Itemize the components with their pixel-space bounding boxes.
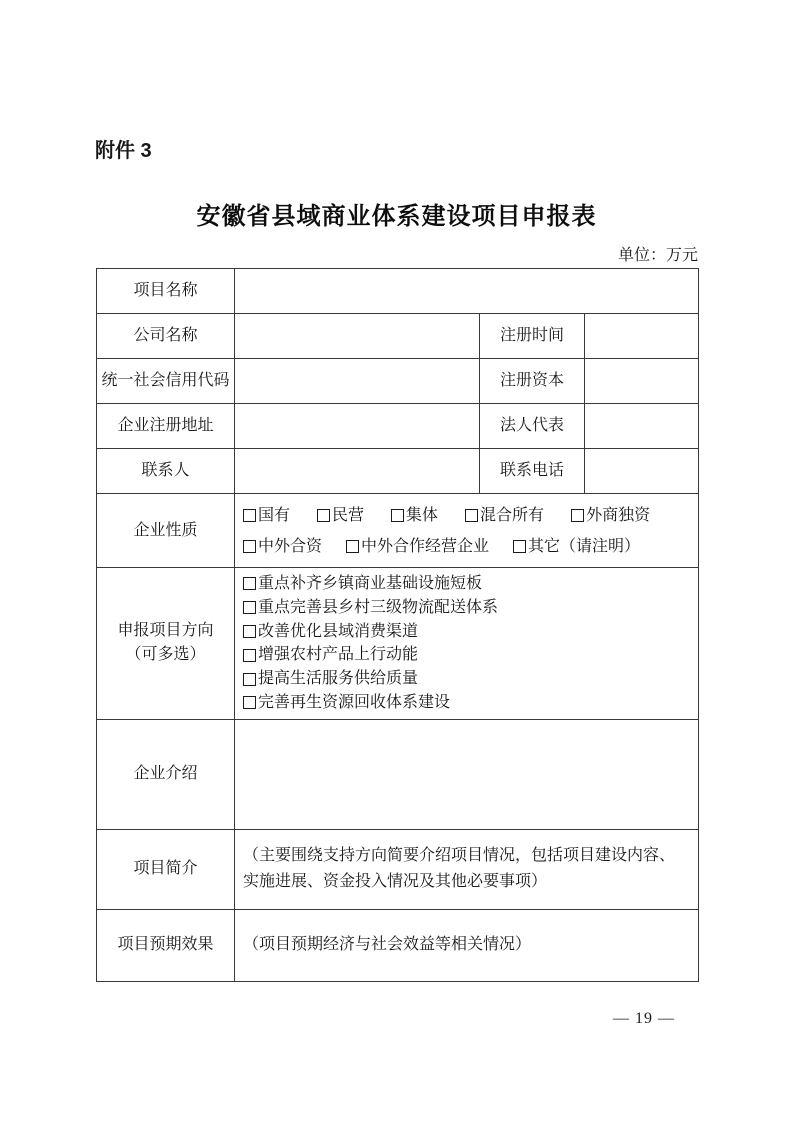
checkbox-option-label: 民营 (332, 503, 364, 528)
contact-person-value-cell (235, 449, 480, 494)
table-row-contact: 联系人 联系电话 (97, 449, 699, 494)
project-direction-label-line1: 申报项目方向 (117, 622, 213, 639)
checkbox-option: 外商独资 (571, 503, 650, 528)
checkbox-icon (391, 509, 404, 522)
project-direction-label-line2: （可多选） (99, 643, 232, 667)
checkbox-icon (243, 649, 256, 662)
checkbox-icon (513, 540, 526, 553)
project-brief-hint-cell: （主要围绕支持方向简要介绍项目情况，包括项目建设内容、实施进展、资金投入情况及其… (235, 829, 699, 909)
project-direction-label: 申报项目方向 （可多选） (97, 568, 235, 720)
page-title: 安徽省县域商业体系建设项目申报表 (0, 196, 793, 231)
enterprise-intro-value-cell (235, 719, 699, 829)
checkbox-option: 混合所有 (465, 503, 544, 528)
checkbox-option: 民营 (317, 503, 364, 528)
registered-capital-label: 注册资本 (480, 359, 585, 404)
checkbox-option: 国有 (243, 503, 290, 528)
document-page: 附件 3 安徽省县域商业体系建设项目申报表 单位：万元 项目名称 公司名称 注册… (0, 0, 793, 1122)
checkbox-option-label: 集体 (406, 503, 438, 528)
project-direction-options-cell: 重点补齐乡镇商业基础设施短板 重点完善县乡村三级物流配送体系 改善优化县域消费渠… (235, 568, 699, 720)
table-row-project-direction: 申报项目方向 （可多选） 重点补齐乡镇商业基础设施短板 重点完善县乡村三级物流配… (97, 568, 699, 720)
checkbox-option: 中外合资 (243, 534, 322, 559)
table-row-project-name: 项目名称 (97, 269, 699, 314)
checkbox-icon (243, 673, 256, 686)
project-expected-effect-hint-cell: （项目预期经济与社会效益等相关情况） (235, 909, 699, 981)
registration-time-label: 注册时间 (480, 314, 585, 359)
checkbox-option-label: 完善再生资源回收体系建设 (258, 691, 450, 715)
registered-capital-value-cell (585, 359, 699, 404)
registered-address-label: 企业注册地址 (97, 404, 235, 449)
legal-representative-value-cell (585, 404, 699, 449)
contact-phone-label: 联系电话 (480, 449, 585, 494)
checkbox-option-label: 其它（请注明） (528, 534, 640, 559)
credit-code-label: 统一社会信用代码 (97, 359, 235, 404)
project-name-label: 项目名称 (97, 269, 235, 314)
checkbox-option: 提高生活服务供给质量 (243, 667, 690, 691)
checkbox-option-label: 重点补齐乡镇商业基础设施短板 (258, 572, 482, 596)
table-row-project-expected-effect: 项目预期效果 （项目预期经济与社会效益等相关情况） (97, 909, 699, 981)
project-brief-hint: （主要围绕支持方向简要介绍项目情况，包括项目建设内容、实施进展、资金投入情况及其… (243, 843, 690, 895)
checkbox-option-label: 改善优化县域消费渠道 (258, 620, 418, 644)
checkbox-icon (346, 540, 359, 553)
checkbox-option: 中外合作经营企业 (346, 534, 489, 559)
project-name-value-cell (235, 269, 699, 314)
checkbox-icon (317, 509, 330, 522)
checkbox-icon (571, 509, 584, 522)
enterprise-nature-options-cell: 国有 民营 集体 混合所有 外商独资 中外合资 中外合作经营企业 其它（请注明） (235, 494, 699, 568)
checkbox-option-label: 中外合作经营企业 (361, 534, 489, 559)
checkbox-option: 集体 (391, 503, 438, 528)
checkbox-option: 其它（请注明） (513, 534, 640, 559)
table-row-project-brief: 项目简介 （主要围绕支持方向简要介绍项目情况，包括项目建设内容、实施进展、资金投… (97, 829, 699, 909)
unit-note: 单位：万元 (618, 242, 698, 265)
application-form-table: 项目名称 公司名称 注册时间 统一社会信用代码 注册资本 企业注册地址 法人代表… (96, 268, 699, 982)
checkbox-option-label: 中外合资 (258, 534, 322, 559)
registered-address-value-cell (235, 404, 480, 449)
project-expected-effect-label: 项目预期效果 (97, 909, 235, 981)
checkbox-option: 完善再生资源回收体系建设 (243, 691, 690, 715)
contact-person-label: 联系人 (97, 449, 235, 494)
checkbox-option-label: 外商独资 (586, 503, 650, 528)
checkbox-option-label: 重点完善县乡村三级物流配送体系 (258, 596, 498, 620)
enterprise-nature-label: 企业性质 (97, 494, 235, 568)
checkbox-option-label: 增强农村产品上行动能 (258, 643, 418, 667)
table-row-registered-address: 企业注册地址 法人代表 (97, 404, 699, 449)
registration-time-value-cell (585, 314, 699, 359)
checkbox-option-label: 混合所有 (480, 503, 544, 528)
legal-representative-label: 法人代表 (480, 404, 585, 449)
company-name-label: 公司名称 (97, 314, 235, 359)
checkbox-icon (465, 509, 478, 522)
checkbox-icon (243, 540, 256, 553)
checkbox-icon (243, 601, 256, 614)
enterprise-nature-options-line1: 国有 民营 集体 混合所有 外商独资 (243, 503, 690, 528)
contact-phone-value-cell (585, 449, 699, 494)
checkbox-icon (243, 696, 256, 709)
project-expected-effect-hint: （项目预期经济与社会效益等相关情况） (243, 932, 690, 958)
enterprise-nature-options-line2: 中外合资 中外合作经营企业 其它（请注明） (243, 534, 690, 559)
table-row-credit-code: 统一社会信用代码 注册资本 (97, 359, 699, 404)
credit-code-value-cell (235, 359, 480, 404)
page-number: — 19 — (613, 1010, 675, 1028)
checkbox-icon (243, 509, 256, 522)
table-row-company-name: 公司名称 注册时间 (97, 314, 699, 359)
attachment-label: 附件 3 (95, 134, 152, 163)
checkbox-icon (243, 577, 256, 590)
table-row-enterprise-nature: 企业性质 国有 民营 集体 混合所有 外商独资 中外合资 中外合作经营企业 其它… (97, 494, 699, 568)
checkbox-option-label: 提高生活服务供给质量 (258, 667, 418, 691)
checkbox-icon (243, 625, 256, 638)
enterprise-intro-label: 企业介绍 (97, 719, 235, 829)
checkbox-option-label: 国有 (258, 503, 290, 528)
checkbox-option: 重点完善县乡村三级物流配送体系 (243, 596, 690, 620)
checkbox-option: 重点补齐乡镇商业基础设施短板 (243, 572, 690, 596)
table-row-enterprise-intro: 企业介绍 (97, 719, 699, 829)
project-brief-label: 项目简介 (97, 829, 235, 909)
checkbox-option: 增强农村产品上行动能 (243, 643, 690, 667)
company-name-value-cell (235, 314, 480, 359)
checkbox-option: 改善优化县域消费渠道 (243, 620, 690, 644)
